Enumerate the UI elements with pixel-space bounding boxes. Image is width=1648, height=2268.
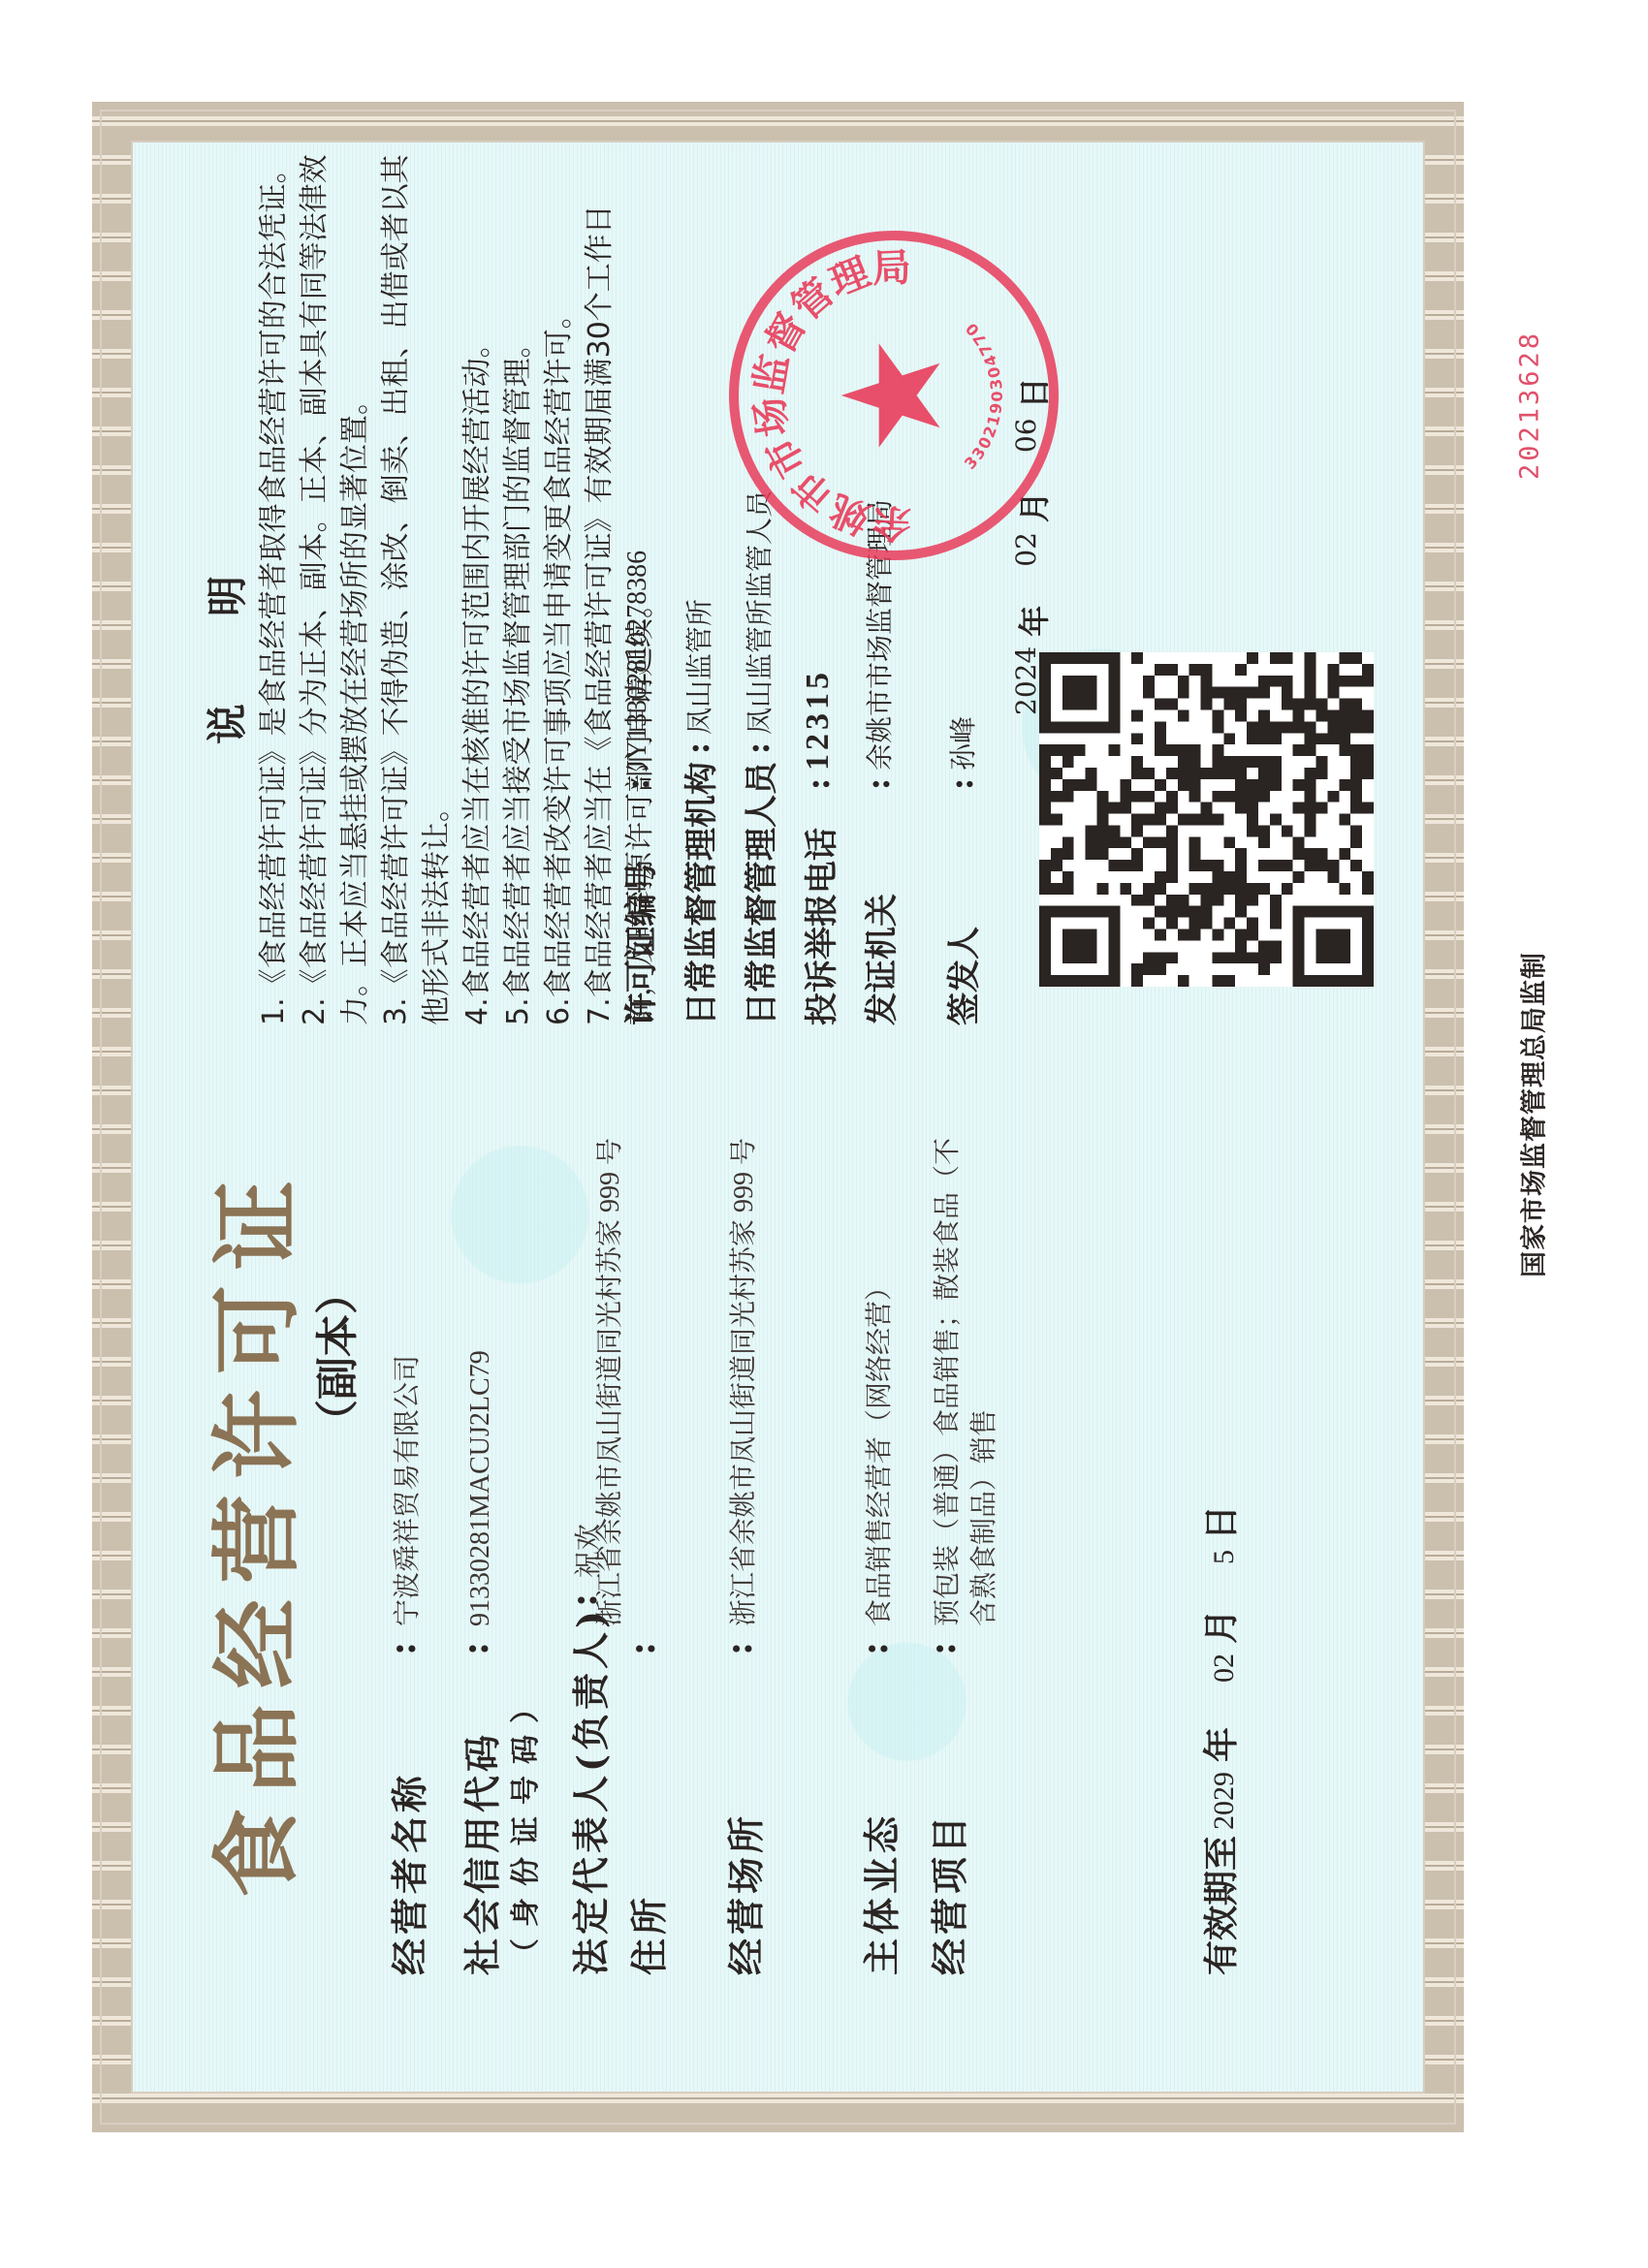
info-colon: : (859, 771, 898, 798)
field-operator-name: 经营者名称 : 宁波舜祥贸易有限公司 (380, 1122, 453, 1975)
field-label: 住所 (619, 1655, 673, 1975)
info-label: 日常监督管理人员 (735, 762, 782, 1025)
note-item: 6.食品经营者改变许可事项应当申请变更食品经营许可。 (539, 153, 580, 1025)
field-business-type: 主体业态 : 食品销售经营者（网络经营） (852, 1122, 920, 1975)
notes-list: 1.《食品经营许可证》是食品经营者取得食品经营许可的合法凭证。 2.《食品经营许… (254, 153, 661, 1025)
field-label-text: 法定代表人(负责人) (569, 1607, 613, 1975)
info-value: 12315 (800, 669, 837, 771)
note-item: 5.食品经营者应当接受市场监督管理部门的监督管理。 (498, 153, 539, 1025)
field-label: 主体业态 (852, 1655, 905, 1975)
field-label-text: 经营场所 (716, 1685, 770, 1975)
info-value: 凤山监管所 (679, 599, 717, 735)
info-colon: : (618, 771, 657, 798)
validity-day: 5 (1208, 1550, 1241, 1564)
certificate-title: 食品经营许可证 (186, 1165, 314, 1898)
field-label-text: 住所 (619, 1685, 673, 1975)
field-sublabel: （身份证号码） (501, 1683, 544, 1968)
info-label: 日常监督管理机构 (675, 762, 722, 1025)
certificate-body: 食品经营许可证 （副本） 经营者名称 : 宁波舜祥贸易有限公司 社会信用代码 :… (131, 141, 1425, 2094)
signer: 签发人 : 孙峰 (937, 716, 985, 1025)
field-value: 食品销售经营者（网络经营） (852, 1122, 899, 1626)
field-value: 浙江省余姚市凤山街道同光村苏家 999 号 (716, 1122, 763, 1626)
validity-day-unit: 日 (1194, 1505, 1244, 1540)
certificate: 食品经营许可证 （副本） 经营者名称 : 宁波舜祥贸易有限公司 社会信用代码 :… (92, 102, 1464, 2132)
serial-number-text: 20213628 (1515, 331, 1545, 480)
info-supervision-agency: 日常监督管理机构 : 凤山监管所 (668, 425, 728, 1025)
footer-issuer: 国家市场监督管理总局监制 (1507, 921, 1556, 1308)
field-colon: : (920, 1626, 964, 1655)
field-label: 法定代表人(负责人) (561, 1607, 615, 1975)
serial-number: 20213628 (1501, 308, 1559, 502)
validity-month-unit: 月 (1194, 1609, 1244, 1644)
field-colon: : (852, 1626, 896, 1655)
official-seal: 余姚市市场监督管理局 3302190304770 ★ (729, 231, 1059, 560)
info-colon: : (739, 735, 777, 762)
field-value: 预包装（普通）食品销售；散装食品（不含熟食制品）销售 (920, 1122, 1003, 1626)
validity-year-unit: 年 (1194, 1727, 1244, 1762)
note-item: 3.《食品经营许可证》不得伪造、涂改、倒卖、出租、出借或者以其他形式非法转让。 (376, 153, 458, 1025)
field-premises: 经营场所 : 浙江省余姚市凤山街道同光村苏家 999 号 (716, 1122, 852, 1975)
seal-star-icon: ★ (826, 334, 962, 457)
info-label: 发证机关 (855, 798, 903, 1025)
field-label-text: 经营项目 (920, 1685, 973, 1975)
license-fields: 经营者名称 : 宁波舜祥贸易有限公司 社会信用代码 : 91330281MACU… (380, 1122, 1036, 1975)
certificate-landscape: 食品经营许可证 （副本） 经营者名称 : 宁波舜祥贸易有限公司 社会信用代码 :… (92, 102, 1464, 2132)
info-value: JY13302810278386 (622, 551, 653, 771)
field-value: 宁波舜祥贸易有限公司 (380, 1122, 427, 1626)
validity-month: 02 (1208, 1654, 1241, 1683)
field-colon: : (716, 1626, 760, 1655)
field-colon: : (380, 1626, 424, 1655)
field-credit-code: 社会信用代码 : 91330281MACUJ2LC79 (453, 1122, 501, 1975)
signer-label: 签发人 (937, 798, 985, 1025)
field-label-text: 社会信用代码 (453, 1685, 506, 1975)
signer-name: 孙峰 (942, 716, 981, 771)
certificate-subtitle: （副本） (302, 1272, 364, 1442)
field-colon: : (453, 1626, 496, 1655)
field-label: 经营项目 (920, 1655, 973, 1975)
signer-colon: : (942, 771, 981, 798)
validity-year: 2029 (1208, 1772, 1241, 1830)
field-credit-code-sublabel: （身份证号码） (501, 1122, 561, 1975)
validity-date: 有效期至 2029 年 02 月 5 日 (1194, 1466, 1244, 1975)
field-label-text: 主体业态 (852, 1685, 905, 1975)
field-label: 经营者名称 (380, 1655, 433, 1975)
info-colon: : (679, 735, 717, 762)
field-label: 社会信用代码 (453, 1655, 506, 1975)
field-residence: 住所 : 浙江省余姚市凤山街道同光村苏家 999 号 (619, 1122, 716, 1975)
field-label-text: 经营者名称 (380, 1685, 433, 1975)
field-business-scope: 经营项目 : 预包装（普通）食品销售；散装食品（不含熟食制品）销售 (920, 1122, 1036, 1975)
issue-year-unit: 年 (1010, 606, 1055, 637)
field-value: 浙江省余姚市凤山街道同光村苏家 999 号 (583, 1122, 629, 1626)
info-colon: : (799, 771, 838, 798)
note-item: 2.《食品经营许可证》分为正本、副本。正本、副本具有同等法律效力。正本应当悬挂或… (295, 153, 376, 1025)
validity-label: 有效期至 (1194, 1836, 1244, 1975)
note-item: 4.食品经营者应当在核准的许可范围内开展经营活动。 (458, 153, 498, 1025)
note-item: 1.《食品经营许可证》是食品经营者取得食品经营许可的合法凭证。 (254, 153, 295, 1025)
field-label: 经营场所 (716, 1655, 770, 1975)
info-label: 投诉举报电话 (795, 798, 842, 1025)
field-colon: : (619, 1626, 663, 1655)
notes-title: 说明 (196, 488, 254, 744)
footer-issuer-text: 国家市场监督管理总局监制 (1513, 952, 1551, 1277)
qr-code[interactable] (1039, 652, 1374, 987)
info-label: 许可证编号 (615, 798, 662, 1025)
field-value: 91330281MACUJ2LC79 (453, 1122, 499, 1626)
info-license-number: 许可证编号 : JY13302810278386 (608, 425, 668, 1025)
